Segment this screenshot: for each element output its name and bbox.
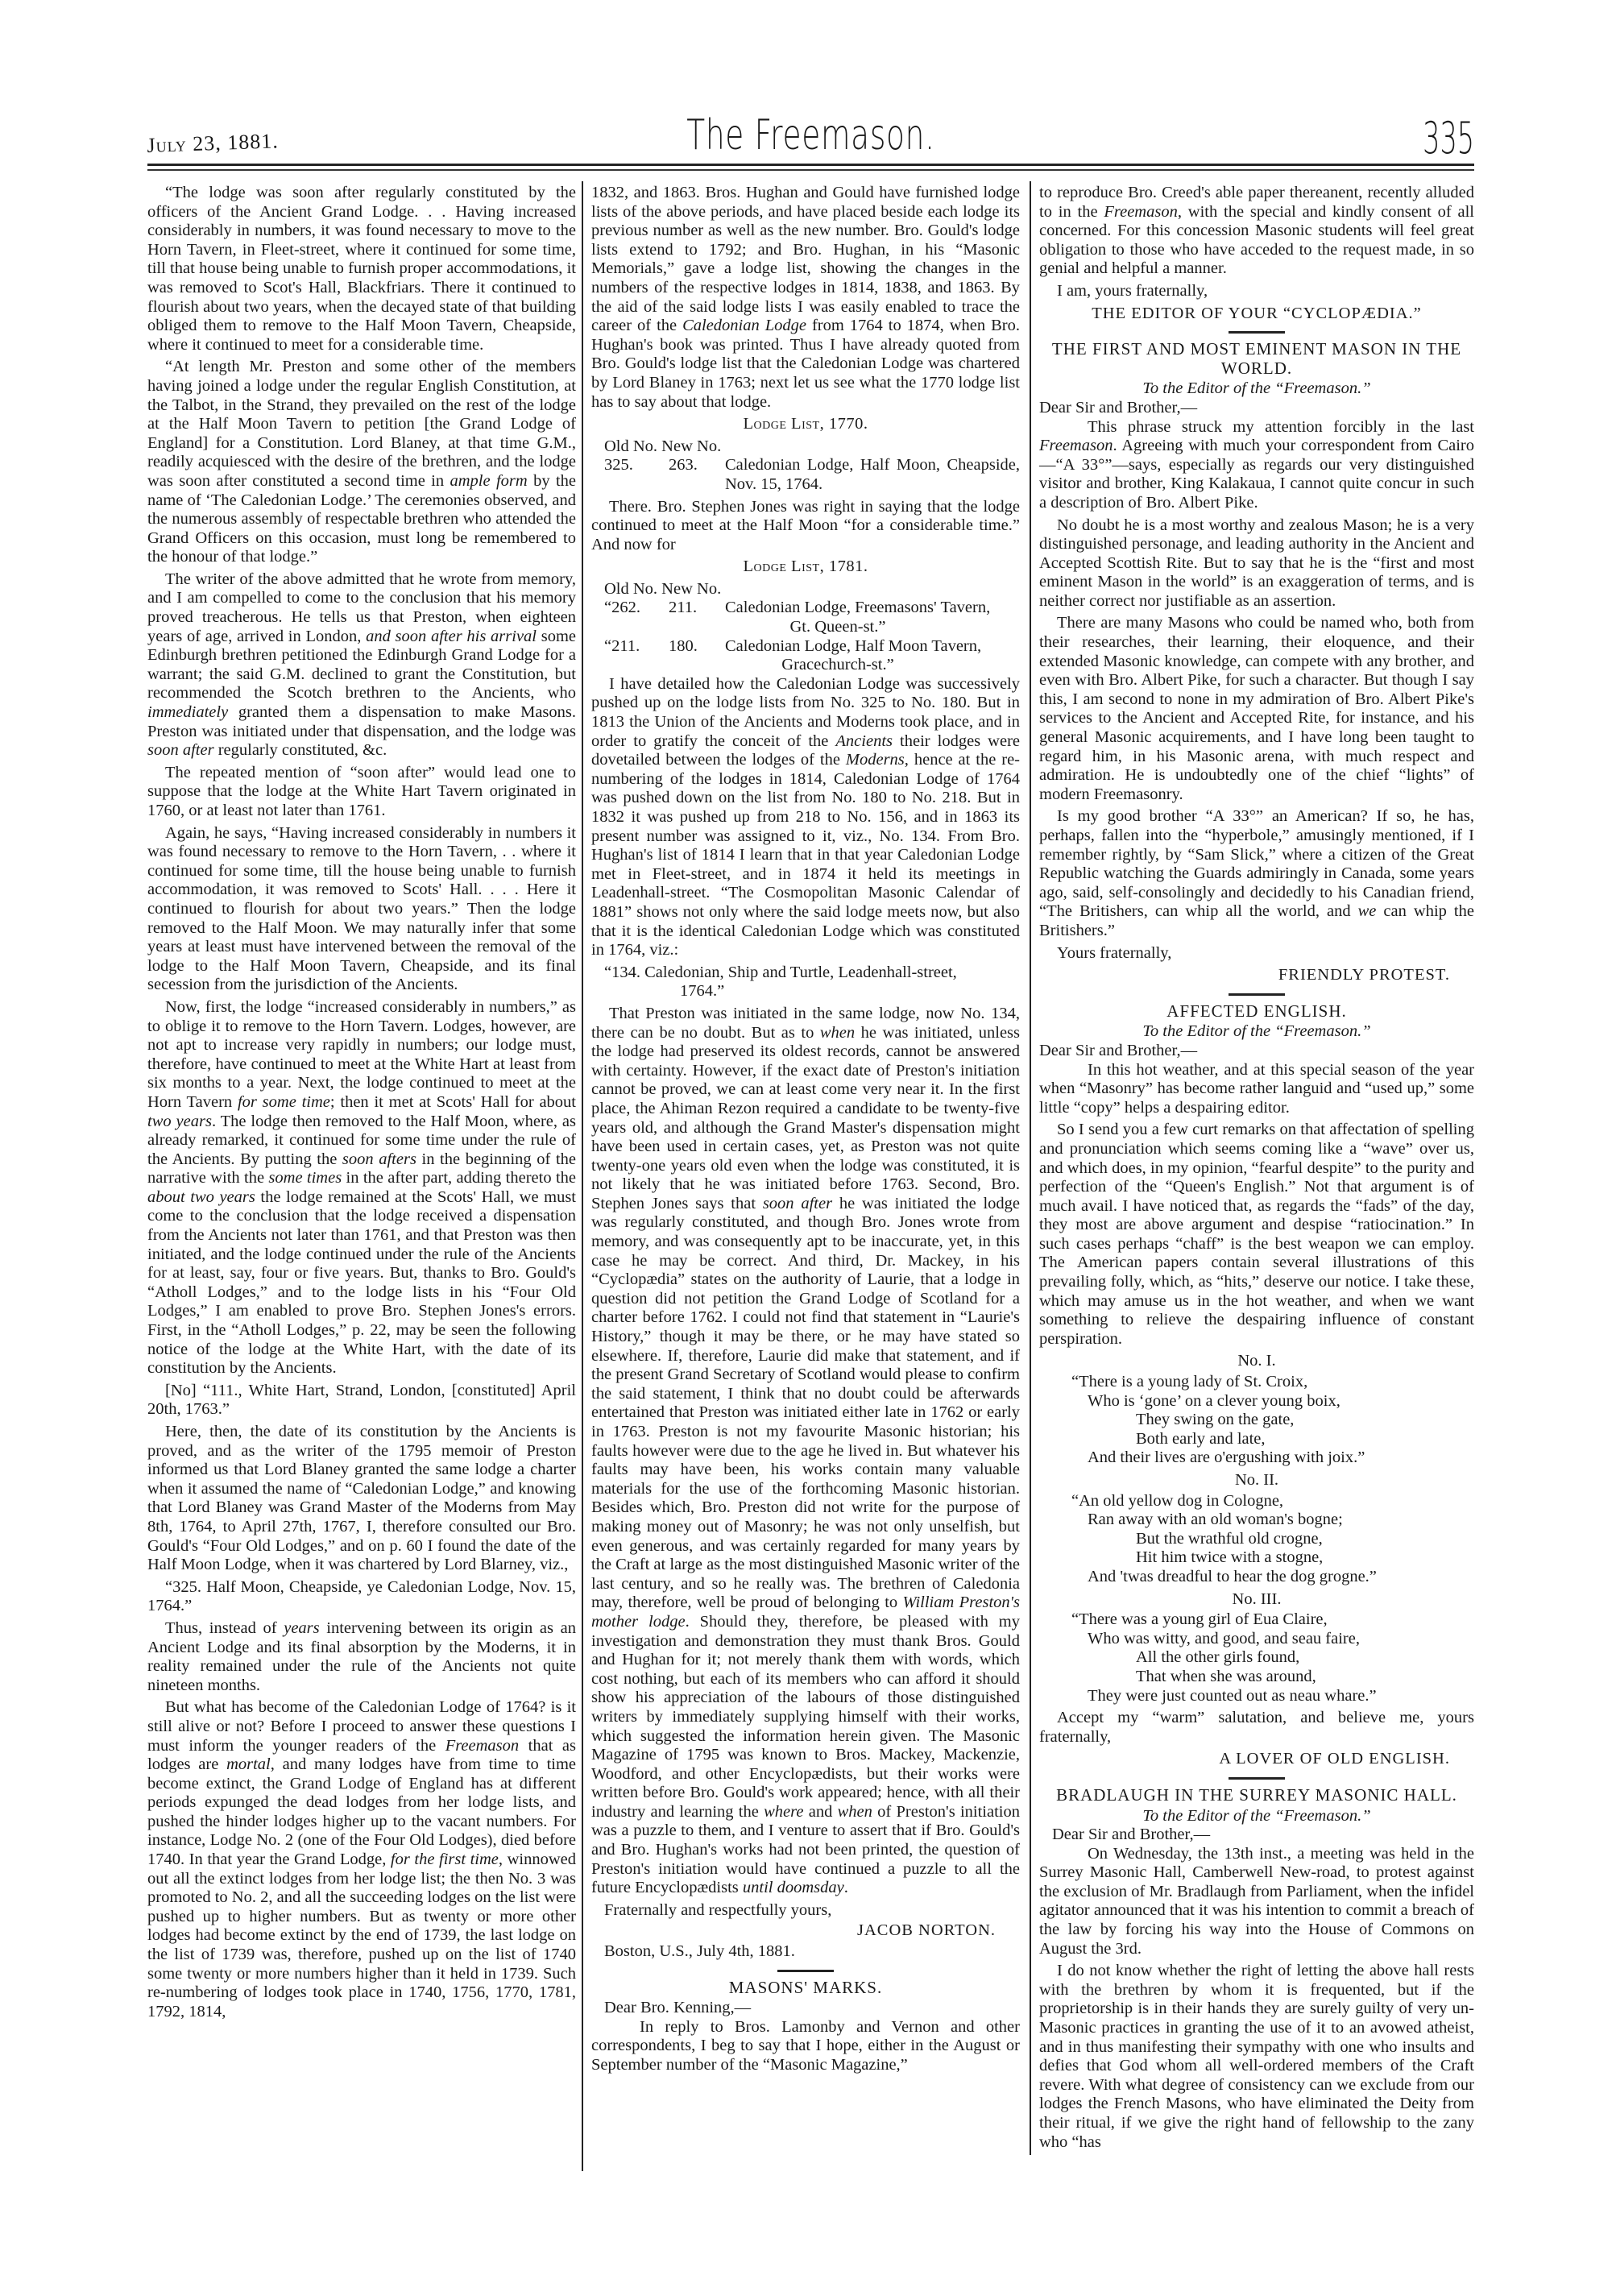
poem-line: And their lives are o'ergushing with joi…	[1039, 1448, 1474, 1468]
section-separator	[777, 1970, 834, 1972]
section-separator	[1229, 1777, 1285, 1780]
quoted-record: [No] “111., White Hart, Strand, London, …	[147, 1382, 576, 1419]
poem-line: And 'twas dreadful to hear the dog grogn…	[1039, 1568, 1474, 1587]
article-heading: MASONS' MARKS.	[591, 1979, 1020, 1998]
article-first-eminent-mason: THE FIRST AND MOST EMINENT MASON IN THE …	[1039, 340, 1474, 985]
masthead-rule-thin	[147, 169, 1474, 171]
paragraph: On Wednesday, the 13th inst., a meeting …	[1039, 1845, 1474, 1959]
issue-date: July 23, 1881.	[147, 129, 279, 158]
column-middle: 1832, and 1863. Bros. Hughan and Gould h…	[591, 184, 1020, 2078]
article-subhead: To the Editor of the “Freemason.”	[1039, 1807, 1474, 1826]
closing: Accept my “warm” salutation, and believe…	[1039, 1709, 1474, 1747]
poem-line: All the other girls found,	[1039, 1648, 1474, 1668]
lodge-list-header: Old No. New No.	[591, 580, 1020, 599]
paragraph: 1832, and 1863. Bros. Hughan and Gould h…	[591, 184, 1020, 412]
poem-number: No. II.	[1039, 1471, 1474, 1490]
poem-line: That when she was around,	[1039, 1668, 1474, 1687]
signature: FRIENDLY PROTEST.	[1039, 966, 1474, 985]
paragraph: “The lodge was soon after regularly cons…	[147, 184, 576, 354]
signature: JACOB NORTON.	[591, 1921, 1020, 1941]
quoted-record: “325. Half Moon, Cheapside, ye Caledonia…	[147, 1578, 576, 1616]
poem: No. I. “There is a young lady of St. Cro…	[1039, 1352, 1474, 1468]
page-number: 335	[1423, 113, 1474, 164]
paragraph: That Preston was initiated in the same l…	[591, 1005, 1020, 1898]
closing: Fraternally and respectfully yours,	[591, 1901, 1020, 1921]
paragraph: Thus, instead of years intervening betwe…	[147, 1619, 576, 1695]
salutation: Dear Bro. Kenning,—	[591, 1999, 1020, 2018]
poem-line: Hit him twice with a stogne,	[1039, 1548, 1474, 1568]
poem-line: But the wrathful old crogne,	[1039, 1530, 1474, 1549]
masthead-rule-thick	[147, 164, 1474, 166]
article-affected-english: AFFECTED ENGLISH. To the Editor of the “…	[1039, 1002, 1474, 1769]
lodge-list-row: “211. 180. Caledonian Lodge, Half Moon T…	[591, 637, 1020, 657]
paragraph: There are many Masons who could be named…	[1039, 614, 1474, 804]
paragraph: I do not know whether the right of letti…	[1039, 1962, 1474, 2152]
article-heading: BRADLAUGH IN THE SURREY MASONIC HALL.	[1039, 1786, 1474, 1805]
masthead: July 23, 1881. The Freemason. 335	[147, 113, 1474, 169]
closing: Yours fraternally,	[1039, 944, 1474, 964]
paragraph: But what has become of the Caledonian Lo…	[147, 1698, 576, 2021]
salutation: Dear Sir and Brother,—	[1039, 1042, 1474, 1061]
lodge-list-title: Lodge List, 1770.	[591, 415, 1020, 434]
paragraph: So I send you a few curt remarks on that…	[1039, 1121, 1474, 1349]
lodge-list-row-cont: Gracechurch-st.”	[591, 656, 1020, 675]
poem-line: Who was witty, and good, and seau faire,	[1039, 1630, 1474, 1649]
paragraph: Is my good brother “A 33°” an American? …	[1039, 807, 1474, 940]
column-right: to reproduce Bro. Creed's able paper the…	[1039, 184, 1474, 2155]
column-left: “The lodge was soon after regularly cons…	[147, 184, 576, 2025]
lodge-list-header: Old No. New No.	[591, 437, 1020, 457]
article-heading: AFFECTED ENGLISH.	[1039, 1002, 1474, 1022]
article-heading: THE FIRST AND MOST EMINENT MASON IN THE …	[1039, 340, 1474, 378]
lodge-list-row: “262. 211. Caledonian Lodge, Freemasons'…	[591, 599, 1020, 618]
lodge-list-row-cont: Gt. Queen-st.”	[591, 618, 1020, 637]
salutation: Dear Sir and Brother,—	[1039, 399, 1474, 418]
quoted-record-cont: 1764.”	[591, 982, 1020, 1001]
signature: THE EDITOR OF YOUR “CYCLOPÆDIA.”	[1039, 305, 1474, 324]
paragraph: Here, then, the date of its constitution…	[147, 1423, 576, 1575]
article-masons-marks: MASONS' MARKS. Dear Bro. Kenning,— In re…	[591, 1979, 1020, 2075]
paragraph: In reply to Bros. Lamonby and Vernon and…	[591, 2018, 1020, 2075]
lodge-list-1781: Lodge List, 1781. Old No. New No. “262. …	[591, 557, 1020, 675]
poem: No. III. “There was a young girl of Eua …	[1039, 1590, 1474, 1706]
paragraph: The repeated mention of “soon after” wou…	[147, 764, 576, 821]
poem-number: No. I.	[1039, 1352, 1474, 1371]
poem-line: Ran away with an old woman's bogne;	[1039, 1511, 1474, 1530]
article-subhead: To the Editor of the “Freemason.”	[1039, 379, 1474, 399]
section-separator	[1229, 331, 1285, 334]
salutation: Dear Sir and Brother,—	[1039, 1826, 1474, 1845]
article-subhead: To the Editor of the “Freemason.”	[1039, 1022, 1474, 1042]
paragraph: This phrase struck my attention forcibly…	[1039, 418, 1474, 513]
paragraph: Now, first, the lodge “increased conside…	[147, 998, 576, 1378]
paragraph: to reproduce Bro. Creed's able paper the…	[1039, 184, 1474, 279]
poem-line: Who is ‘gone’ on a clever young boix,	[1039, 1392, 1474, 1411]
column-divider	[582, 181, 583, 2171]
section-separator	[1229, 993, 1285, 996]
poem-line: They swing on the gate,	[1039, 1411, 1474, 1430]
paragraph: I have detailed how the Caledonian Lodge…	[591, 675, 1020, 960]
paragraph: No doubt he is a most worthy and zealous…	[1039, 516, 1474, 611]
lodge-list-row: 325. 263. Caledonian Lodge, Half Moon, C…	[591, 456, 1020, 494]
poem: No. II. “An old yellow dog in Cologne, R…	[1039, 1471, 1474, 1587]
closing: I am, yours fraternally,	[1039, 282, 1474, 301]
paragraph: In this hot weather, and at this special…	[1039, 1061, 1474, 1118]
poem-line: “There is a young lady of St. Croix,	[1039, 1373, 1474, 1392]
paragraph: There. Bro. Stephen Jones was right in s…	[591, 498, 1020, 555]
poem-line: “An old yellow dog in Cologne,	[1039, 1492, 1474, 1511]
paragraph: “At length Mr. Preston and some other of…	[147, 358, 576, 567]
column-divider	[1030, 181, 1031, 2155]
paragraph: Again, he says, “Having increased consid…	[147, 824, 576, 995]
article-bradlaugh: BRADLAUGH IN THE SURREY MASONIC HALL. To…	[1039, 1786, 1474, 2152]
poem-line: They were just counted out as neau whare…	[1039, 1687, 1474, 1706]
poem-line: “There was a young girl of Eua Claire,	[1039, 1610, 1474, 1630]
lodge-list-title: Lodge List, 1781.	[591, 557, 1020, 577]
signature: A LOVER OF OLD ENGLISH.	[1039, 1750, 1474, 1769]
poem-line: Both early and late,	[1039, 1430, 1474, 1449]
paragraph: The writer of the above admitted that he…	[147, 570, 576, 760]
lodge-list-1770: Lodge List, 1770. Old No. New No. 325. 2…	[591, 415, 1020, 494]
newspaper-title: The Freemason.	[334, 111, 1289, 160]
dateline: Boston, U.S., July 4th, 1881.	[591, 1942, 1020, 1962]
quoted-record: “134. Caledonian, Ship and Turtle, Leade…	[591, 964, 1020, 983]
poem-number: No. III.	[1039, 1590, 1474, 1610]
